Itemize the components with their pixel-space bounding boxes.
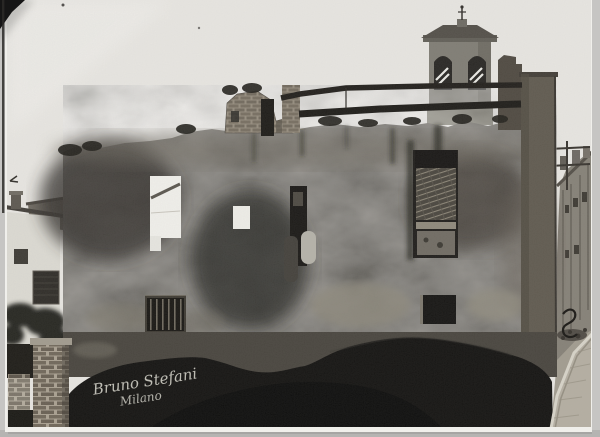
scanned-photograph: Bruno Stefani Milano: [0, 0, 600, 437]
photo-canvas: Bruno Stefani Milano: [0, 0, 600, 437]
photo-emulsion: Bruno Stefani Milano: [0, 0, 592, 437]
film-grain: [7, 0, 591, 427]
dust-speck: [198, 27, 200, 29]
left-edge-line: [2, 0, 4, 213]
dust-speck: [62, 4, 65, 7]
